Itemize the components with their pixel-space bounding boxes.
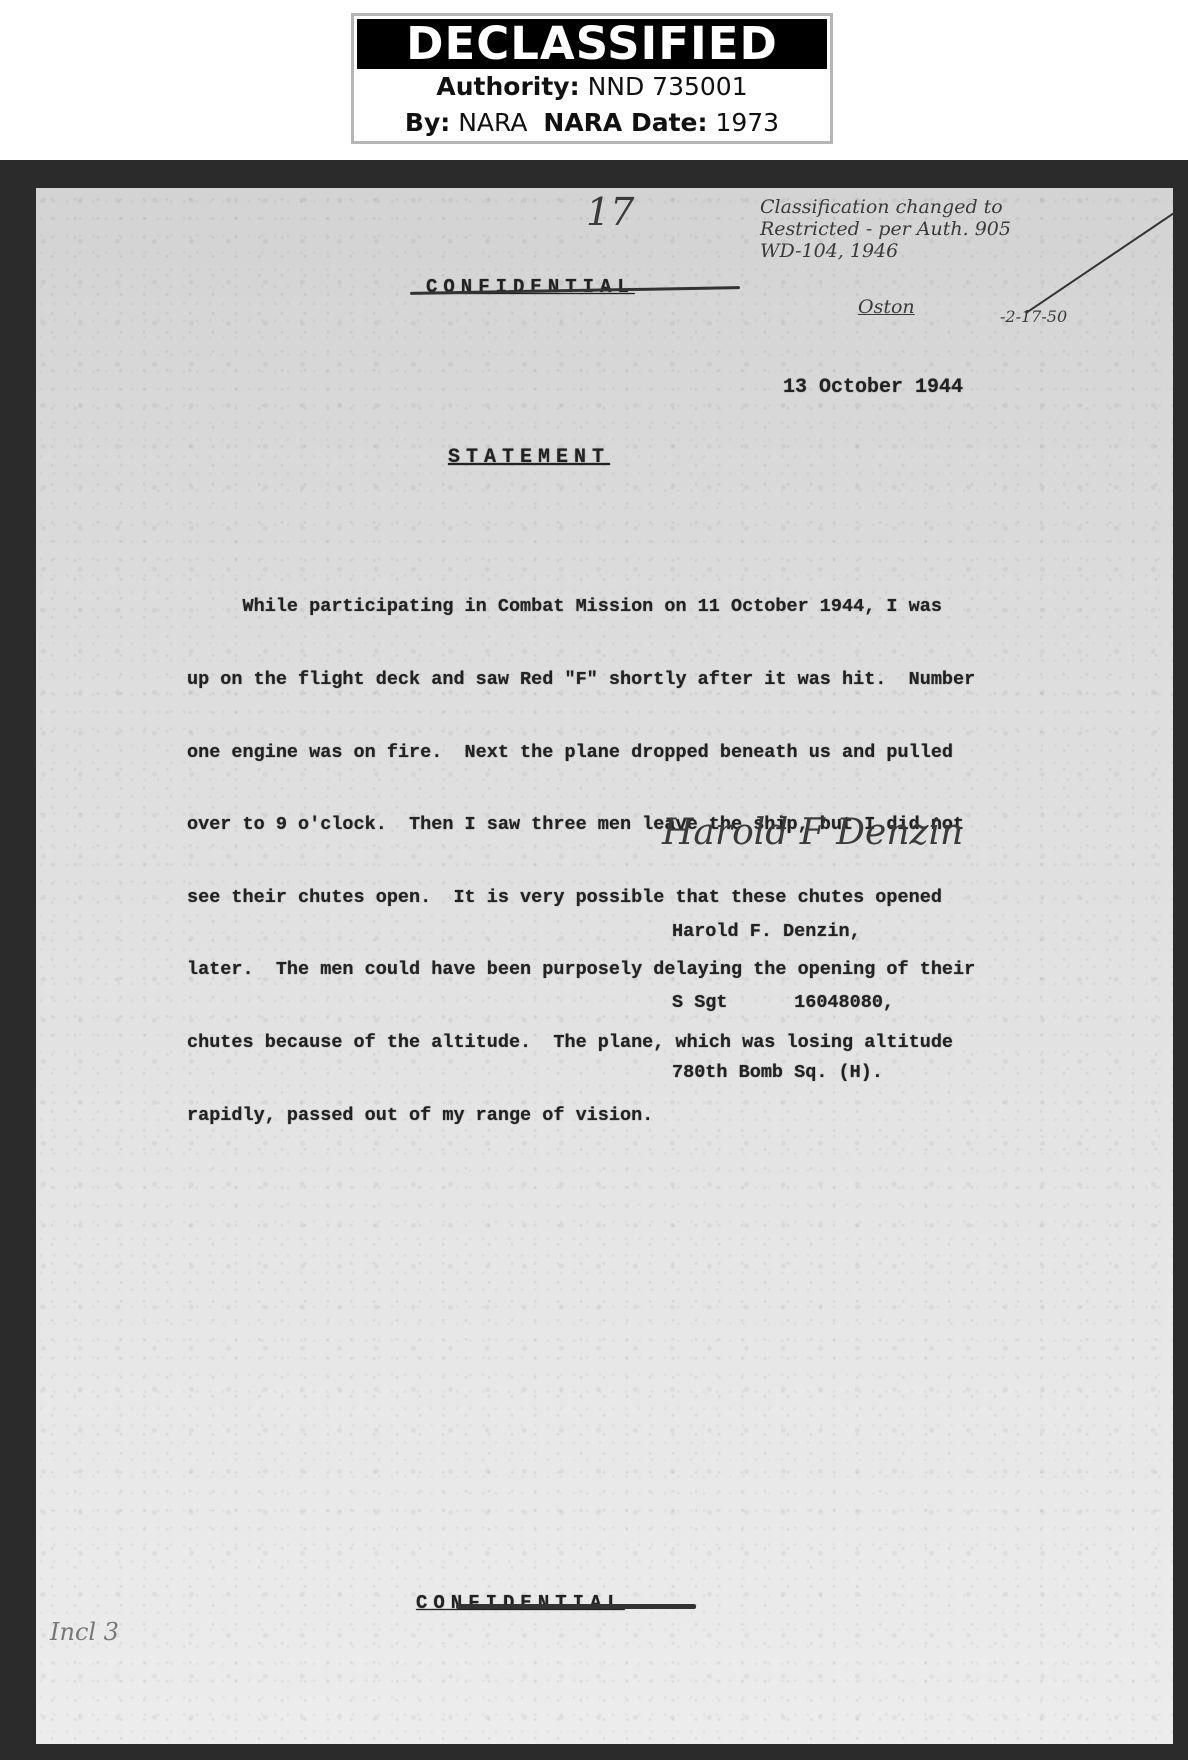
authority-value: NND 735001 [588, 72, 748, 101]
enclosure-mark: Incl 3 [50, 1618, 119, 1646]
handwritten-page-number: 17 [586, 190, 634, 234]
classification-top: CONFIDENTIAL [426, 276, 635, 298]
handwritten-initials: Oston [858, 296, 915, 318]
stamp-title: DECLASSIFIED [357, 19, 827, 69]
handwritten-note-date: -2-17-50 [1000, 306, 1067, 328]
handwritten-note-line3: WD-104, 1946 [760, 240, 898, 262]
stamp-authority: Authority: NND 735001 [354, 69, 830, 105]
body-line: up on the flight deck and saw Red "F" sh… [187, 668, 975, 692]
signer-name: Harold F. Denzin, [672, 920, 894, 944]
handwritten-signature: Harold F Denzin [662, 812, 963, 853]
body-line: one engine was on fire. Next the plane d… [187, 741, 975, 765]
date-label: NARA Date: [543, 108, 707, 137]
authority-label: Authority: [436, 72, 579, 101]
document-title: STATEMENT [448, 446, 610, 469]
declassified-stamp: DECLASSIFIED Authority: NND 735001 By: N… [351, 13, 833, 144]
stamp-by-date: By: NARA NARA Date: 1973 [354, 105, 830, 141]
date-value: 1973 [715, 108, 779, 137]
handwritten-note-line1: Classification changed to [760, 196, 1003, 218]
classification-bottom: CONFIDENTIAL [416, 1592, 625, 1614]
by-value: NARA [458, 108, 527, 137]
body-line: While participating in Combat Mission on… [187, 595, 975, 619]
signer-unit: 780th Bomb Sq. (H). [672, 1061, 894, 1085]
by-label: By: [405, 108, 450, 137]
handwritten-note-line2: Restricted - per Auth. 905 [760, 218, 1011, 240]
classification-bottom-strikethrough [456, 1604, 696, 1609]
document-date: 13 October 1944 [783, 376, 963, 399]
signer-rank-serial: S Sgt 16048080, [672, 991, 894, 1015]
signature-block: Harold F. Denzin, S Sgt 16048080, 780th … [672, 873, 894, 1108]
